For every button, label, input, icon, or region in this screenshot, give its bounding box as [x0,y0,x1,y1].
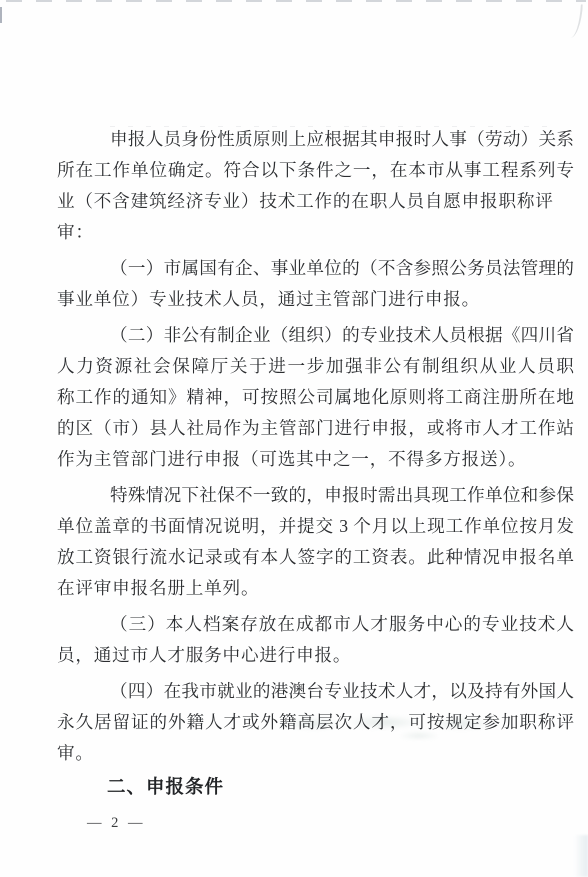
text-line: （一）市属国有企、事业单位的（不含参照公务员法管理的 [57,253,574,284]
scanned-document-page: 申报人员身份性质原则上应根据其申报时人事（劳动）关系 所在工作单位确定。符合以下… [0,0,588,877]
scan-artifact-right-curve [569,4,583,39]
text-line: 在评审申报名册上单列。 [57,573,574,604]
text-line: 员，通过市人才服务中心进行申报。 [57,640,574,671]
text-line: 申报人员身份性质原则上应根据其申报时人事（劳动）关系 [57,124,574,155]
text-line: 业（不含建筑经济专业）技术工作的在职人员自愿申报职称评审： [57,186,574,248]
text-line: （四）在我市就业的港澳台专业技术人才，以及持有外国人 [57,676,574,707]
text-line: 所在工作单位确定。符合以下条件之一，在本市从事工程系列专 [57,155,574,186]
text-line: 放工资银行流水记录或有本人签字的工资表。此种情况申报名单 [57,542,574,573]
paragraph-item-4: （四）在我市就业的港澳台专业技术人才，以及持有外国人 永久居留证的外籍人才或外籍… [57,676,574,769]
paragraph-intro: 申报人员身份性质原则上应根据其申报时人事（劳动）关系 所在工作单位确定。符合以下… [57,124,574,248]
paragraph-item-3: （三）本人档案存放在成都市人才服务中心的专业技术人 员，通过市人才服务中心进行申… [57,609,574,671]
document-body: 申报人员身份性质原则上应根据其申报时人事（劳动）关系 所在工作单位确定。符合以下… [57,124,574,832]
scan-artifact-corner-smear [574,835,588,877]
text-line: （二）非公有制企业（组织）的专业技术人员根据《四川省 [57,320,574,351]
text-line: （三）本人档案存放在成都市人才服务中心的专业技术人 [57,609,574,640]
text-line: 单位盖章的书面情况说明，并提交 3 个月以上现工作单位按月发 [57,511,574,542]
text-line: 审。 [57,738,574,769]
paragraph-item-2: （二）非公有制企业（组织）的专业技术人员根据《四川省 人力资源社会保障厅关于进一… [57,320,574,475]
text-line: 人力资源社会保障厅关于进一步加强非公有制组织从业人员职 [57,351,574,382]
text-line: 称工作的通知》精神，可按照公司属地化原则将工商注册所在地 [57,382,574,413]
text-line: 事业单位）专业技术人员，通过主管部门进行申报。 [57,284,574,315]
paragraph-special-case: 特殊情况下社保不一致的，申报时需出具现工作单位和参保 单位盖章的书面情况说明，并… [57,480,574,604]
paragraph-item-1: （一）市属国有企、事业单位的（不含参照公务员法管理的 事业单位）专业技术人员，通… [57,253,574,315]
scan-artifact-left-tick [0,7,2,23]
text-line: 永久居留证的外籍人才或外籍高层次人才，可按规定参加职称评 [57,707,574,738]
section-heading: 二、申报条件 [107,774,574,800]
text-line: 作为主管部门进行申报（可选其中之一，不得多方报送）。 [57,444,574,475]
text-line: 的区（市）县人社局作为主管部门进行申报，或将市人才工作站 [57,413,574,444]
scan-artifact-top-edge [6,0,586,2]
text-line: 特殊情况下社保不一致的，申报时需出具现工作单位和参保 [57,480,574,511]
page-number: — 2 — [87,814,574,832]
